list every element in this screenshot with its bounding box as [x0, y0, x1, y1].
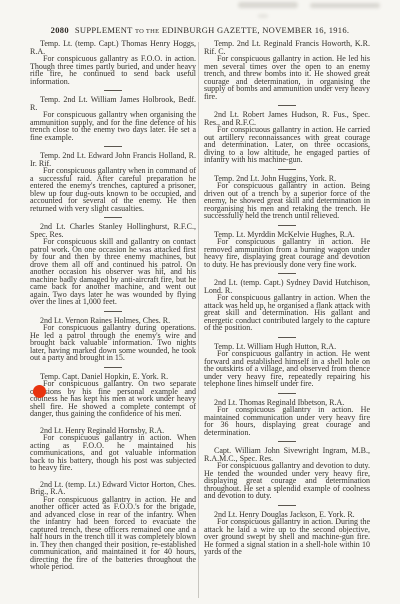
entry-separator — [104, 217, 122, 218]
officer-name: Capt. William John Sivewright Ingram, M.… — [204, 447, 370, 462]
citation-text: For conspicuous gallantry in action. Whe… — [30, 434, 196, 472]
column-divider-rule — [198, 42, 199, 598]
citation-text: For conspicuous gallantry in action. He … — [204, 238, 370, 268]
officer-name: 2nd Lt. (temp. Lt.) Edward Victor Horton… — [30, 481, 196, 496]
entry-separator — [278, 225, 296, 226]
citation-entry: 2nd Lt. Robert James Hudson, R. Fus., Sp… — [204, 111, 370, 170]
citation-text: For conspicuous gallantry in action. He … — [204, 55, 370, 100]
entry-separator — [278, 505, 296, 506]
citation-entry: Capt. William John Sivewright Ingram, M.… — [204, 447, 370, 506]
citation-entry: 2nd Lt. Charles Stanley Hollinghurst, R.… — [30, 223, 196, 312]
citation-entry: Temp. 2nd Lt. William James Holbrook, Be… — [30, 96, 196, 147]
page-number: 2080 — [51, 25, 69, 35]
entry-separator — [278, 441, 296, 442]
citation-entry: 2nd Lt. Henry Reginald Hornsby, R.A. For… — [30, 427, 196, 481]
citation-text: For conspicuous gallantry during operati… — [30, 324, 196, 362]
entry-separator — [278, 393, 296, 394]
citation-text: For conspicuous gallantry in action. He … — [204, 406, 370, 436]
header-title-small: TO THE — [135, 28, 160, 35]
officer-name: Temp. Lt. (temp. Capt.) Thomas Henry Hog… — [30, 40, 196, 55]
citation-text: For conspicuous gallantry when in comman… — [30, 167, 196, 212]
citation-entry: 2nd Lt. Thomas Reginald Ibbetson, R.A. F… — [204, 399, 370, 443]
gazette-page: 2080SUPPLEMENT TO THE EDINBURGH GAZETTE,… — [0, 0, 400, 604]
officer-name: 2nd Lt. Charles Stanley Hollinghurst, R.… — [30, 223, 196, 238]
header-title-rest: EDINBURGH GAZETTE, NOVEMBER 16, 1916. — [159, 25, 349, 35]
citation-text: For conspicuous gallantry as F.O.O. in a… — [30, 55, 196, 85]
entry-separator — [104, 311, 122, 312]
scan-smudge — [238, 2, 298, 8]
scan-smudge — [258, 14, 268, 18]
header-title-main: SUPPLEMENT — [75, 25, 135, 35]
citation-text: For conspicuous gallantry in action. Bei… — [204, 182, 370, 220]
officer-name: Temp. 2nd Lt. Reginald Francis Howorth, … — [204, 40, 370, 55]
officer-name: Temp. 2nd Lt. William James Holbrook, Be… — [30, 96, 196, 111]
citation-entry: Temp. Lt. Myrddin McKelvie Hughes, R.A. … — [204, 231, 370, 275]
citation-entry-marked: Temp. Capt. Daniel Hopkin, E. York. R. F… — [30, 373, 196, 427]
entry-separator — [278, 273, 296, 274]
citation-text: For conspicuous gallantry in action. Dur… — [204, 518, 370, 556]
officer-name: 2nd Lt. Robert James Hudson, R. Fus., Sp… — [204, 111, 370, 126]
citation-text: For conspicuous gallantry. On two separa… — [30, 380, 196, 418]
citation-entry: 2nd Lt. Henry Douglas Jackson, E. York. … — [204, 511, 370, 556]
entry-separator — [104, 367, 122, 368]
citation-text: For conspicuous gallantry in action. He … — [204, 350, 370, 388]
citation-entry: Temp. 2nd Lt. John Huggins, York. R. For… — [204, 175, 370, 226]
citation-entry: 2nd Lt. (temp. Lt.) Edward Victor Horton… — [30, 481, 196, 571]
citation-entry: Temp. Lt. William Hugh Hutton, R.A. For … — [204, 343, 370, 394]
entry-separator — [278, 169, 296, 170]
citation-text: For conspicuous skill and gallantry on c… — [30, 238, 196, 306]
citation-text: For conspicuous gallantry in action. He … — [204, 126, 370, 164]
citation-entry: Temp. Lt. (temp. Capt.) Thomas Henry Hog… — [30, 40, 196, 91]
citation-entry: Temp. 2nd Lt. Reginald Francis Howorth, … — [204, 40, 370, 106]
officer-name: Temp. 2nd Lt. Edward John Francis Hollan… — [30, 152, 196, 167]
citation-entry: Temp. 2nd Lt. Edward John Francis Hollan… — [30, 152, 196, 218]
citation-entry: 2nd Lt. Vernon Raines Holmes, Ches. R. F… — [30, 317, 196, 368]
officer-name: 2nd Lt. (temp. Capt.) Sydney David Hutch… — [204, 279, 370, 294]
right-column: Temp. 2nd Lt. Reginald Francis Howorth, … — [204, 40, 370, 556]
entry-separator — [104, 90, 122, 91]
entry-separator — [278, 105, 296, 106]
page-header: 2080SUPPLEMENT TO THE EDINBURGH GAZETTE,… — [0, 25, 400, 35]
red-annotation-dot — [33, 385, 46, 398]
citation-text: For conspicuous gallantry in action. Whe… — [204, 294, 370, 332]
entry-separator — [104, 146, 122, 147]
left-column: Temp. Lt. (temp. Capt.) Thomas Henry Hog… — [30, 40, 196, 571]
citation-text: For conspicuous gallantry and devotion t… — [204, 462, 370, 500]
scan-smudge — [310, 3, 380, 8]
entry-separator — [278, 337, 296, 338]
citation-entry: 2nd Lt. (temp. Capt.) Sydney David Hutch… — [204, 279, 370, 338]
citation-text: For conspicuous gallantry when organisin… — [30, 111, 196, 141]
citation-text: For conspicuous gallantry in action. He … — [30, 496, 196, 571]
